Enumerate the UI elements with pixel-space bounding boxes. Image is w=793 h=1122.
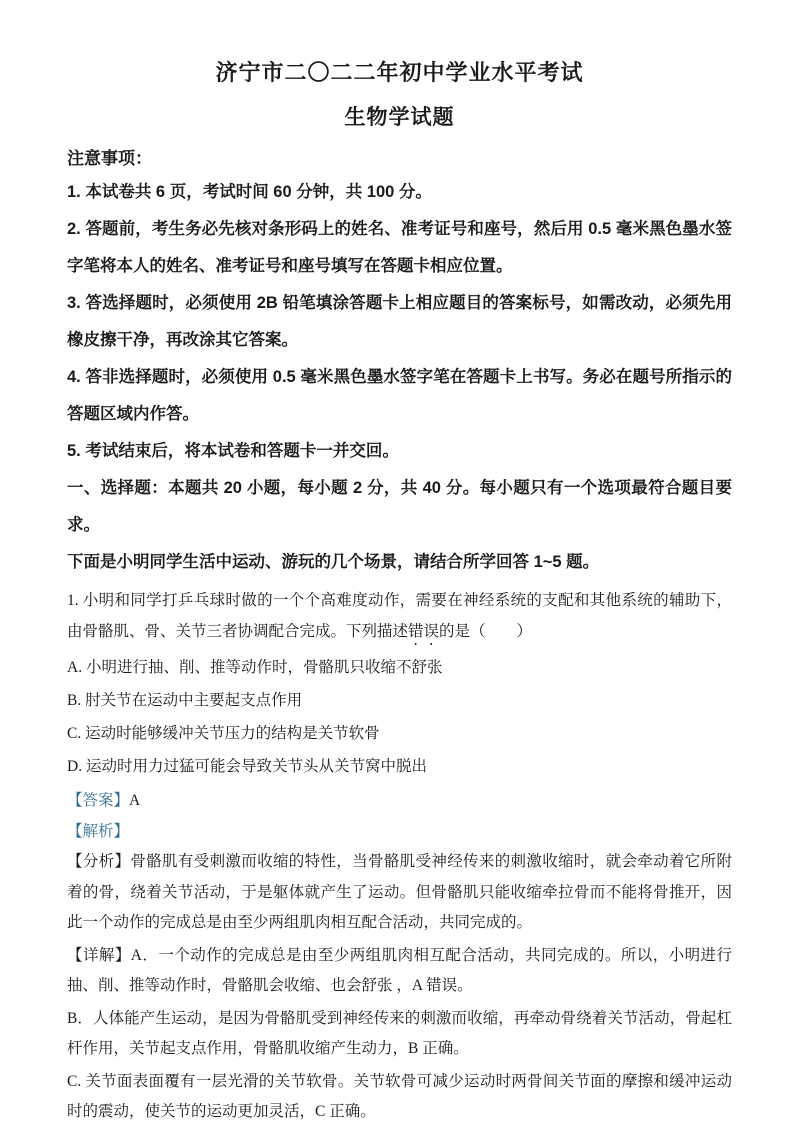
- answer-value: A: [129, 792, 140, 809]
- notice-item-4: 4. 答非选择题时，必须使用 0.5 毫米黑色墨水签字笔在答题卡上书写。务必在题…: [67, 359, 732, 433]
- analysis-paragraph: 【分析】骨骼肌有受刺激而收缩的特性，当骨骼肌受神经传来的刺激收缩时，就会牵动着它…: [67, 847, 732, 939]
- option-c: C. 运动时能够缓冲关节压力的结构是关节软骨: [67, 717, 732, 750]
- notice-item-5: 5. 考试结束后，将本试卷和答题卡一并交回。: [67, 433, 732, 470]
- notice-item-3: 3. 答选择题时，必须使用 2B 铅笔填涂答题卡上相应题目的答案标号，如需改动，…: [67, 285, 732, 359]
- exam-subject-title: 生物学试题: [67, 104, 732, 132]
- notice-heading: 注意事项：: [67, 144, 732, 174]
- notice-section: 注意事项： 1. 本试卷共 6 页，考试时间 60 分钟，共 100 分。 2.…: [67, 144, 732, 470]
- explanation-label: 【解析】: [67, 823, 129, 840]
- section-intro: 下面是小明同学生活中运动、游玩的几个场景，请结合所学回答 1~5 题。: [67, 544, 732, 581]
- detail-a-text: A．一个动作的完成总是由至少两组肌肉相互配合活动，共同完成的。所以，小明进行抽、…: [67, 947, 732, 995]
- exam-document-page: 济宁市二〇二二年初中学业水平考试 生物学试题 注意事项： 1. 本试卷共 6 页…: [0, 0, 793, 1122]
- option-d: D. 运动时用力过猛可能会导致关节头从关节窝中脱出: [67, 750, 732, 783]
- question-1: 1. 小明和同学打乒乓球时做的一个个高难度动作，需要在神经系统的支配和其他系统的…: [67, 585, 732, 1122]
- option-b: B. 肘关节在运动中主要起支点作用: [67, 684, 732, 717]
- answer-label: 【答案】: [67, 792, 129, 809]
- notice-item-1: 1. 本试卷共 6 页，考试时间 60 分钟，共 100 分。: [67, 174, 732, 211]
- stem-text-before: 1. 小明和同学打乒乓球时做的一个个高难度动作，需要在神经系统的支配和其他系统的…: [67, 592, 732, 640]
- detail-paragraph-a: 【详解】A．一个动作的完成总是由至少两组肌肉相互配合活动，共同完成的。所以，小明…: [67, 941, 732, 1002]
- notice-item-2: 2. 答题前，考生务必先核对条形码上的姓名、准考证号和座号，然后用 0.5 毫米…: [67, 211, 732, 285]
- stem-emphasized-word: 错误: [408, 623, 439, 640]
- option-a: A. 小明进行抽、削、推等动作时，骨骼肌只收缩不舒张: [67, 651, 732, 684]
- analysis-text: 骨骼肌有受刺激而收缩的特性，当骨骼肌受神经传来的刺激收缩时，就会牵动着它所附着的…: [67, 853, 732, 931]
- explanation-heading-line: 【解析】: [67, 817, 732, 848]
- detail-label: 【详解】: [67, 947, 131, 964]
- detail-paragraph-c: C. 关节面表面覆有一层光滑的关节软骨。关节软骨可减少运动时两骨间关节面的摩擦和…: [67, 1067, 732, 1122]
- detail-paragraph-b: B．人体能产生运动，是因为骨骼肌受到神经传来的刺激而收缩，再牵动骨绕着关节活动，…: [67, 1004, 732, 1065]
- question-stem: 1. 小明和同学打乒乓球时做的一个个高难度动作，需要在神经系统的支配和其他系统的…: [67, 585, 732, 649]
- section-heading: 一、选择题：本题共 20 小题，每小题 2 分，共 40 分。每小题只有一个选项…: [67, 470, 732, 544]
- answer-line: 【答案】A: [67, 786, 732, 817]
- analysis-label: 【分析】: [67, 853, 130, 870]
- stem-text-after: 的是（ ）: [439, 623, 532, 640]
- exam-title: 济宁市二〇二二年初中学业水平考试: [67, 58, 732, 88]
